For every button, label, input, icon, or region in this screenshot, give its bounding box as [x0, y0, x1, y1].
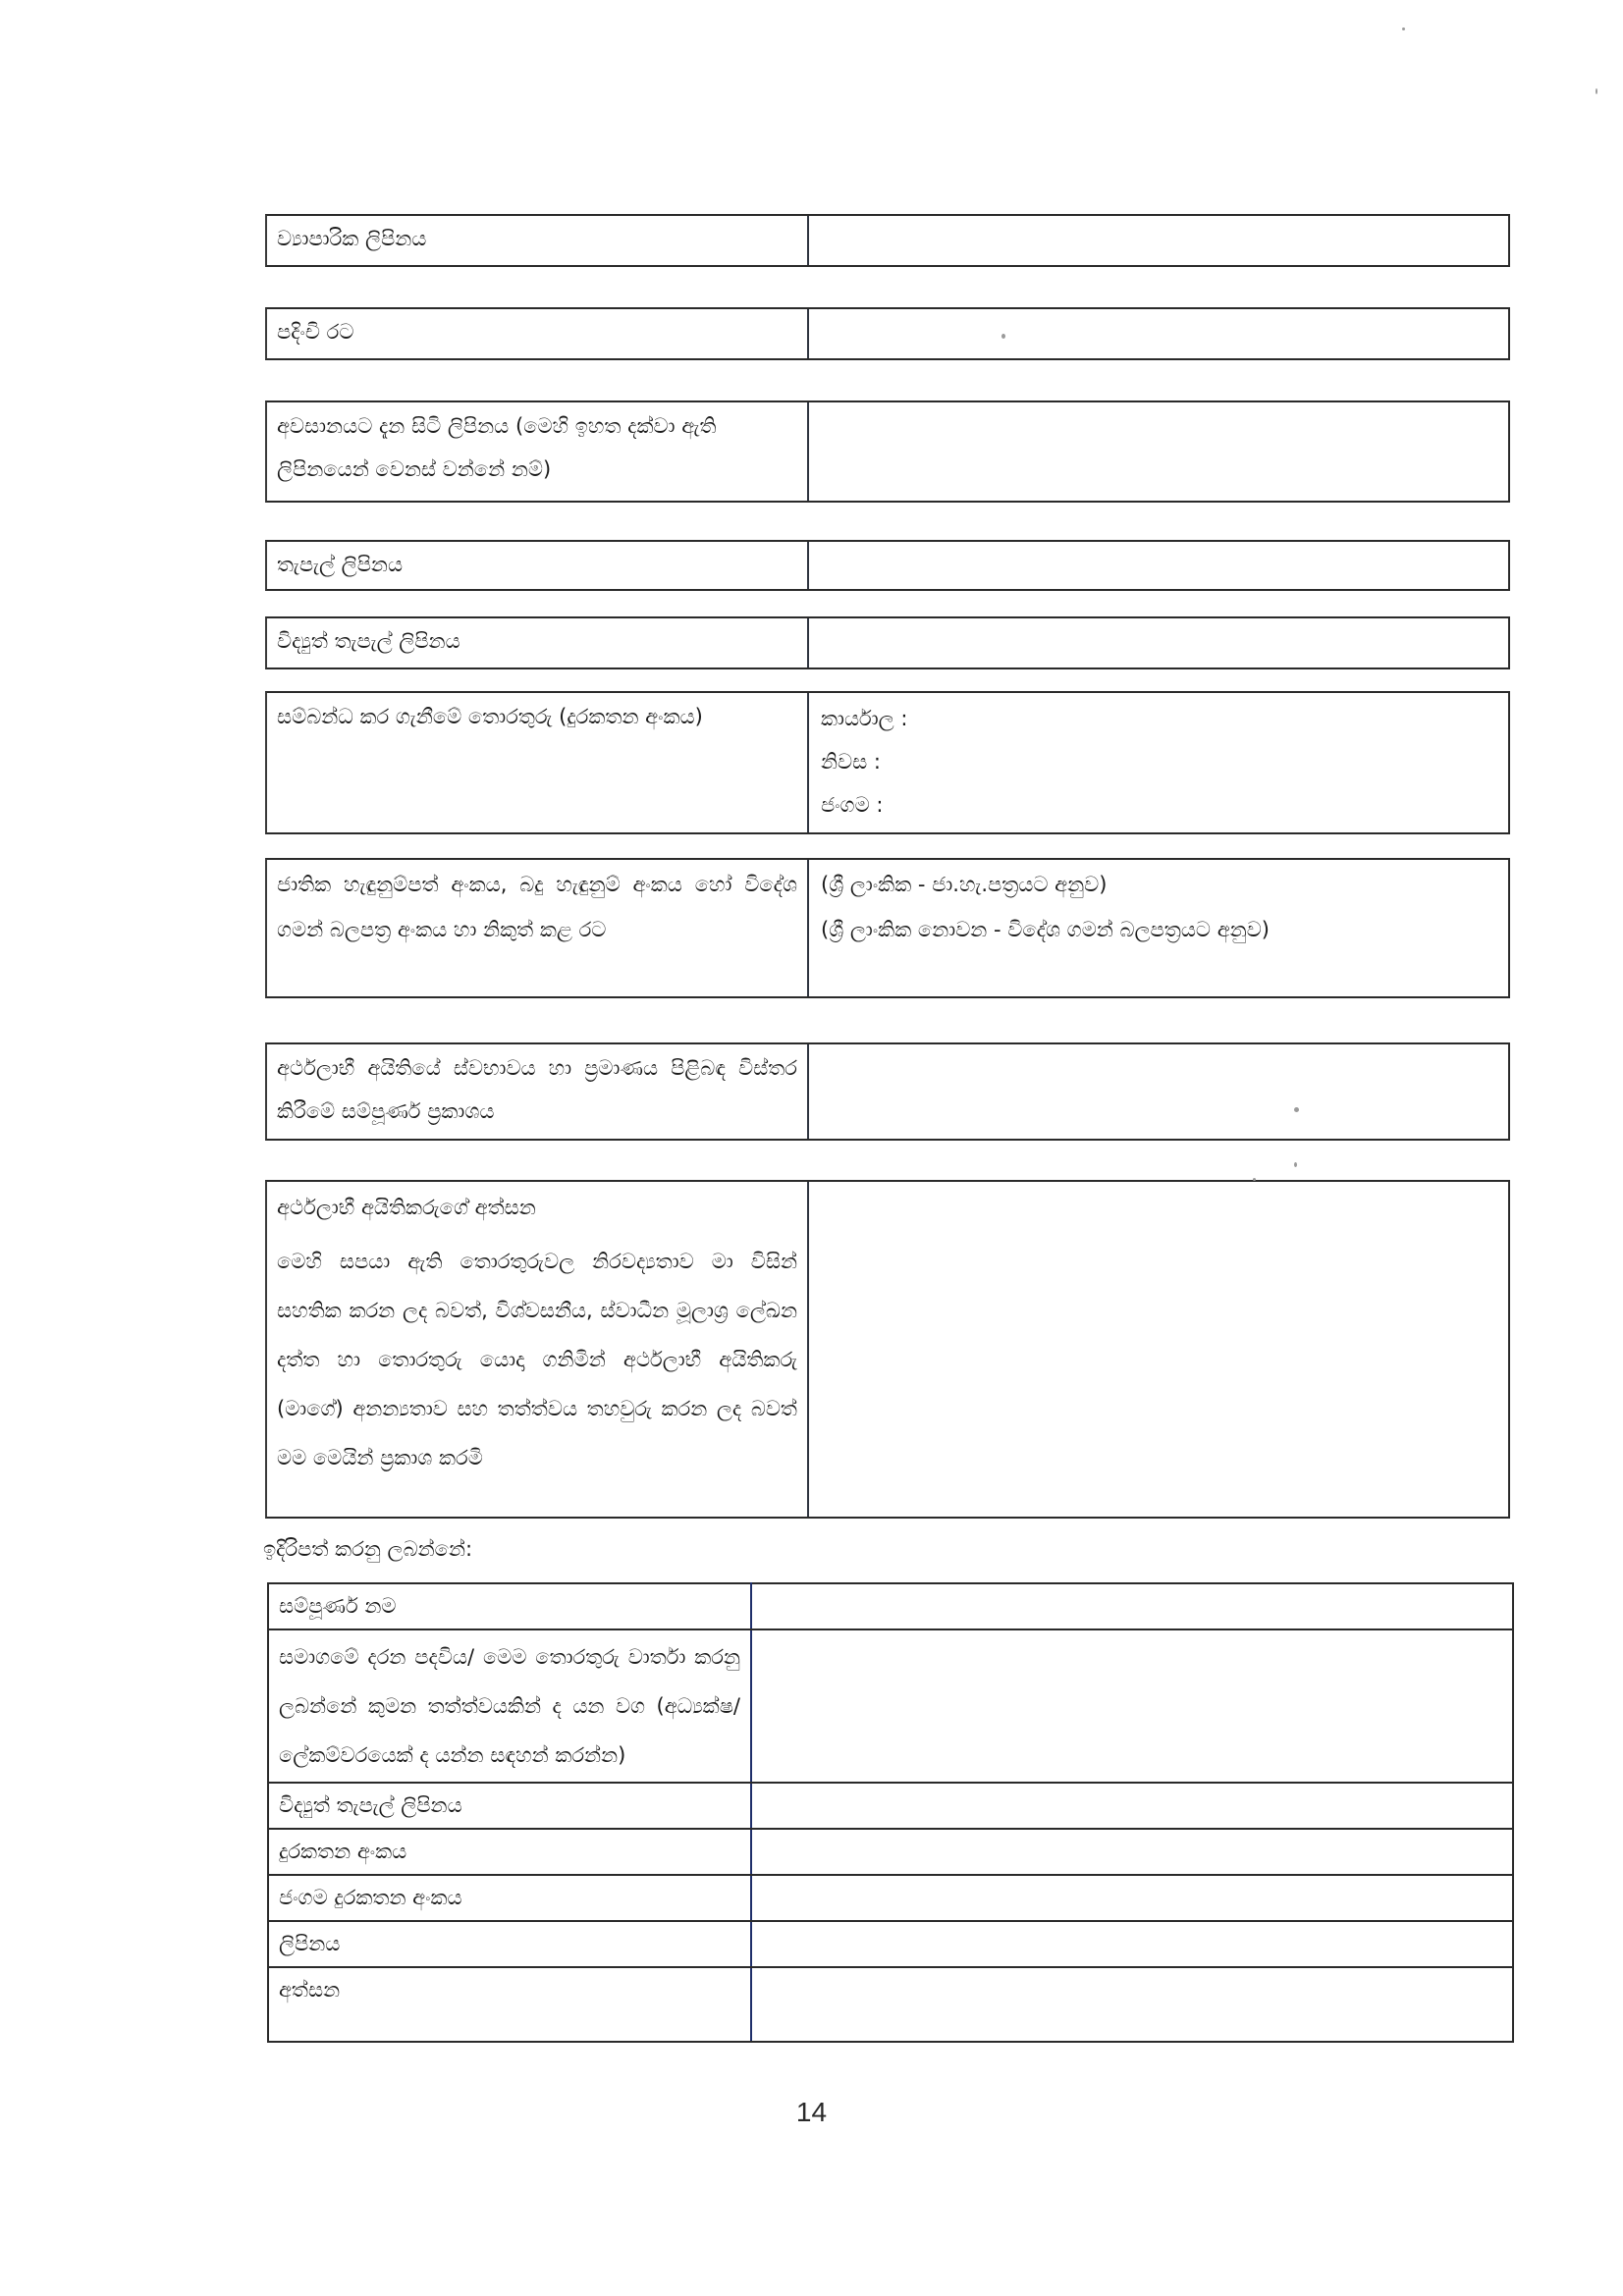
submitter-email-field[interactable]: [751, 1783, 1513, 1829]
beneficial-owner-signature-row: අර්ථලාභී අයිතිකරුගේ අත්සන මෙහි සපයා ඇති …: [265, 1180, 1510, 1519]
contact-info-row: සම්බන්ධ කර ගැනීමේ තොරතුරු (දුරකතන අංකය) …: [265, 691, 1510, 834]
email-address-field[interactable]: [809, 618, 1508, 667]
business-address-label: ව්‍යාපාරික ලිපිනය: [267, 216, 809, 265]
scan-speck: [1294, 1107, 1299, 1112]
submitter-email-label: විද්‍යුත් තැපැල් ලිපිනය: [268, 1783, 751, 1829]
full-name-label: සම්පූර්ණ නම: [268, 1583, 751, 1629]
beneficial-ownership-statement-field[interactable]: [809, 1044, 1508, 1139]
full-name-field[interactable]: [751, 1583, 1513, 1629]
table-row: අත්සන: [268, 1967, 1513, 2042]
postal-address-label: තැපැල් ලිපිනය: [267, 542, 809, 589]
table-row: ජංගම දුරකතන අංකය: [268, 1875, 1513, 1921]
table-row: විද්‍යුත් තැපැල් ලිපිනය: [268, 1783, 1513, 1829]
contact-info-label: සම්බන්ධ කර ගැනීමේ තොරතුරු (දුරකතන අංකය): [267, 693, 809, 832]
beneficial-ownership-statement-label: අර්ථලාභී අයිතියේ ස්වභාවය හා ප්‍රමාණය පිළ…: [267, 1044, 809, 1139]
id-number-row: ජාතික හැඳුනුම්පත් අංකය, බදු හැඳුනුම් අංක…: [265, 858, 1510, 998]
scan-speck: [1294, 1162, 1297, 1167]
telephone-label: දුරකතන අංකය: [268, 1829, 751, 1875]
home-phone-field[interactable]: නිවස :: [821, 740, 1496, 783]
country-of-residence-field[interactable]: [809, 309, 1508, 358]
non-sri-lankan-passport-note[interactable]: (ශ්‍රී ලාංකික නොවන - විදේශ ගමන් බලපත්‍රය…: [821, 907, 1496, 952]
sri-lankan-id-note[interactable]: (ශ්‍රී ලාංකික - ජා.හැ.පත්‍රයට අනුව): [821, 862, 1496, 907]
office-phone-field[interactable]: කාර්යාල :: [821, 697, 1496, 740]
id-number-values: (ශ්‍රී ලාංකික - ජා.හැ.පත්‍රයට අනුව) (ශ්‍…: [809, 860, 1508, 996]
signature-field[interactable]: [751, 1967, 1513, 2042]
last-known-address-label: අවසානයට දැන සිටි ලිපිනය (මෙහි ඉහත දක්වා …: [267, 402, 809, 501]
table-row: දුරකතන අංකය: [268, 1829, 1513, 1875]
mobile-phone-field[interactable]: ජංගම :: [821, 783, 1496, 827]
signature-label: අත්සන: [268, 1967, 751, 2042]
scan-speck: [1596, 88, 1597, 94]
last-known-address-row: අවසානයට දැන සිටි ලිපිනය (මෙහි ඉහත දක්වා …: [265, 400, 1510, 503]
contact-info-values: කාර්යාල : නිවස : ජංගම :: [809, 693, 1508, 832]
page-number: 14: [0, 2097, 1623, 2128]
designation-field[interactable]: [751, 1629, 1513, 1783]
email-address-row: විද්‍යුත් තැපැල් ලිපිනය: [265, 616, 1510, 669]
last-known-address-field[interactable]: [809, 402, 1508, 501]
submitted-by-heading: ඉදිරිපත් කරනු ලබන්නේ:: [263, 1537, 472, 1562]
email-address-label: විද්‍යුත් තැපැල් ලිපිනය: [267, 618, 809, 667]
table-row: සම්පූර්ණ නම: [268, 1583, 1513, 1629]
postal-address-row: තැපැල් ලිපිනය: [265, 540, 1510, 591]
address-field[interactable]: [751, 1921, 1513, 1967]
country-of-residence-label: පදිංචි රට: [267, 309, 809, 358]
designation-label: සමාගමේ දරන පදවිය/ මෙම තොරතුරු වාර්තා කරන…: [268, 1629, 751, 1783]
mobile-telephone-field[interactable]: [751, 1875, 1513, 1921]
mobile-telephone-label: ජංගම දුරකතන අංකය: [268, 1875, 751, 1921]
table-row: ලිපිනය: [268, 1921, 1513, 1967]
scan-speck: [1253, 1178, 1256, 1181]
beneficial-ownership-statement-row: අර්ථලාභී අයිතියේ ස්වභාවය හා ප්‍රමාණය පිළ…: [265, 1042, 1510, 1141]
declaration-title: අර්ථලාභී අයිතිකරුගේ අත්සන: [277, 1188, 797, 1227]
business-address-row: ව්‍යාපාරික ලිපිනය: [265, 214, 1510, 267]
business-address-field[interactable]: [809, 216, 1508, 265]
address-label: ලිපිනය: [268, 1921, 751, 1967]
beneficial-owner-signature-field[interactable]: [809, 1182, 1508, 1517]
declaration-cell: අර්ථලාභී අයිතිකරුගේ අත්සන මෙහි සපයා ඇති …: [267, 1182, 809, 1517]
declaration-text: මෙහි සපයා ඇති තොරතුරුවල නිරවද්‍යතාව මා ව…: [277, 1237, 797, 1482]
telephone-field[interactable]: [751, 1829, 1513, 1875]
country-of-residence-row: පදිංචි රට: [265, 307, 1510, 360]
postal-address-field[interactable]: [809, 542, 1508, 589]
table-row: සමාගමේ දරන පදවිය/ මෙම තොරතුරු වාර්තා කරන…: [268, 1629, 1513, 1783]
submitter-details-table: සම්පූර්ණ නම සමාගමේ දරන පදවිය/ මෙම තොරතුර…: [267, 1582, 1514, 2043]
scan-speck: [1402, 27, 1405, 30]
id-number-label: ජාතික හැඳුනුම්පත් අංකය, බදු හැඳුනුම් අංක…: [267, 860, 809, 996]
scan-speck: [1001, 334, 1005, 339]
